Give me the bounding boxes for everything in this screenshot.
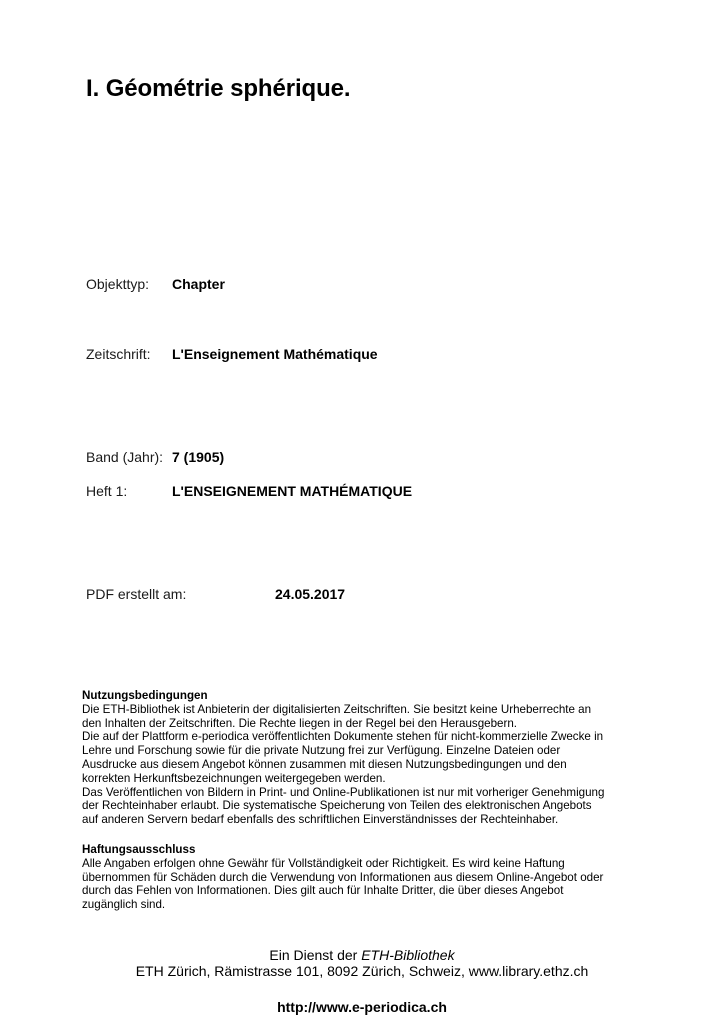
terms-line: korrekten Herkunftsbezeichnungen weiterg… [82, 772, 604, 786]
objekttyp-label: Objekttyp: [86, 276, 149, 292]
footer-service-line: Ein Dienst der ETH-Bibliothek [0, 947, 724, 963]
document-title: I. Géométrie sphérique. [86, 75, 350, 103]
pdf-created-value: 24.05.2017 [275, 586, 345, 602]
terms-line: Die auf der Plattform e-periodica veröff… [82, 730, 604, 744]
terms-line: Lehre und Forschung sowie für die privat… [82, 744, 604, 758]
zeitschrift-label: Zeitschrift: [86, 346, 151, 362]
disclaimer-heading: Haftungsausschluss [82, 843, 603, 857]
pdf-created-label: PDF erstellt am: [86, 586, 186, 602]
footer-service-name: ETH-Bibliothek [361, 947, 454, 963]
terms-line: Die ETH-Bibliothek ist Anbieterin der di… [82, 703, 604, 717]
footer-url-link[interactable]: http://www.e-periodica.ch [0, 999, 724, 1015]
footer-service-prefix: Ein Dienst der [269, 947, 361, 963]
terms-of-use-heading: Nutzungsbedingungen [82, 689, 604, 703]
terms-line: den Inhalten der Zeitschriften. Die Rech… [82, 717, 604, 731]
disclaimer-line: Alle Angaben erfolgen ohne Gewähr für Vo… [82, 857, 603, 871]
footer-address[interactable]: ETH Zürich, Rämistrasse 101, 8092 Zürich… [0, 963, 724, 979]
heft-label: Heft 1: [86, 483, 127, 499]
terms-line: Das Veröffentlichen von Bildern in Print… [82, 786, 604, 800]
terms-line: auf anderen Servern bedarf ebenfalls des… [82, 813, 604, 827]
objekttyp-value: Chapter [172, 276, 225, 292]
band-label: Band (Jahr): [86, 449, 163, 465]
disclaimer-section: Haftungsausschluss Alle Angaben erfolgen… [82, 843, 603, 912]
terms-line: Ausdrucke aus diesem Angebot können zusa… [82, 758, 604, 772]
terms-of-use-section: Nutzungsbedingungen Die ETH-Bibliothek i… [82, 689, 604, 827]
band-value: 7 (1905) [172, 449, 224, 465]
zeitschrift-value: L'Enseignement Mathématique [172, 346, 378, 362]
footer: Ein Dienst der ETH-Bibliothek ETH Zürich… [0, 947, 724, 979]
disclaimer-line: übernommen für Schäden durch die Verwend… [82, 871, 603, 885]
disclaimer-line: durch das Fehlen von Informationen. Dies… [82, 884, 603, 898]
terms-line: der Rechteinhaber erlaubt. Die systemati… [82, 799, 604, 813]
heft-value: L'ENSEIGNEMENT MATHÉMATIQUE [172, 483, 412, 499]
disclaimer-line: zugänglich sind. [82, 898, 603, 912]
